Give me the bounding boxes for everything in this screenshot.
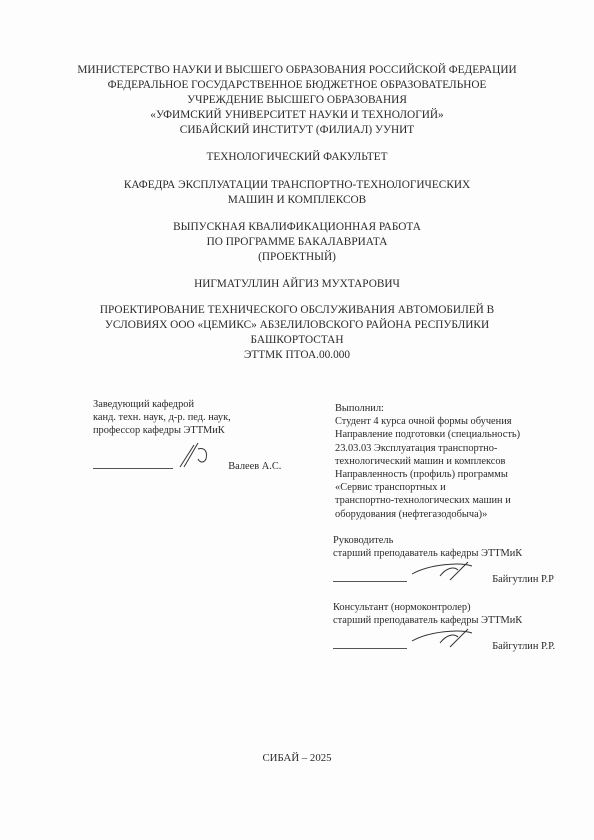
title-page: МИНИСТЕРСТВО НАУКИ И ВЫСШЕГО ОБРАЗОВАНИЯ… [0,0,594,840]
author: НИГМАТУЛЛИН АЙГИЗ МУХТАРОВИЧ [0,277,594,292]
author-name: НИГМАТУЛЛИН АЙГИЗ МУХТАРОВИЧ [0,277,594,292]
work-type-line: (ПРОЕКТНЫЙ) [0,250,594,265]
faculty-name: ТЕХНОЛОГИЧЕСКИЙ ФАКУЛЬТЕТ [0,150,594,165]
department-line: МАШИН И КОМПЛЕКСОВ [0,193,594,208]
work-type-line: ПО ПРОГРАММЕ БАКАЛАВРИАТА [0,235,594,250]
performed-by-line: «Сервис транспортных и [335,481,520,494]
faculty: ТЕХНОЛОГИЧЕСКИЙ ФАКУЛЬТЕТ [0,150,594,165]
hod-degree: канд. техн. наук, д-р. пед. наук, [93,411,281,424]
signature-icon [410,627,490,649]
work-type: ВЫПУСКНАЯ КВАЛИФИКАЦИОННАЯ РАБОТА ПО ПРО… [0,220,594,265]
header-line: ФЕДЕРАЛЬНОЕ ГОСУДАРСТВЕННОЕ БЮДЖЕТНОЕ ОБ… [0,78,594,93]
performed-by-line: оборудования (нефтегазодобыча)» [335,508,520,521]
header-line: СИБАЙСКИЙ ИНСТИТУТ (ФИЛИАЛ) УУНИТ [0,123,594,138]
consultant-position: старший преподаватель кафедры ЭТТМиК [333,614,555,627]
signature-line [333,638,407,649]
hod-name: Валеев А.С. [228,461,281,472]
consultant-signature-row: Байгутлин Р.Р. [333,627,555,653]
performed-by-label: Выполнил: [335,402,520,415]
performed-by-line: 23.03.03 Эксплуатация транспортно- [335,442,520,455]
performed-by-line: технологический машин и комплексов [335,455,520,468]
department: КАФЕДРА ЭКСПЛУАТАЦИИ ТРАНСПОРТНО-ТЕХНОЛО… [0,178,594,208]
consultant-name: Байгутлин Р.Р. [492,641,555,652]
supervisor-name: Байгутлин Р.Р [492,574,554,585]
signature-line [93,458,173,469]
signature-icon [176,441,226,469]
supervisor-signature-row: Байгутлин Р.Р [333,560,554,586]
header-line: «УФИМСКИЙ УНИВЕРСИТЕТ НАУКИ И ТЕХНОЛОГИЙ… [0,108,594,123]
department-line: КАФЕДРА ЭКСПЛУАТАЦИИ ТРАНСПОРТНО-ТЕХНОЛО… [0,178,594,193]
thesis-title: ПРОЕКТИРОВАНИЕ ТЕХНИЧЕСКОГО ОБСЛУЖИВАНИЯ… [0,303,594,363]
title-line: БАШКОРТОСТАН [0,333,594,348]
performed-by-block: Выполнил: Студент 4 курса очной формы об… [335,402,520,521]
title-line: ПРОЕКТИРОВАНИЕ ТЕХНИЧЕСКОГО ОБСЛУЖИВАНИЯ… [0,303,594,318]
performed-by-line: Студент 4 курса очной формы обучения [335,415,520,428]
signature-line [333,571,407,582]
header-line: УЧРЕЖДЕНИЕ ВЫСШЕГО ОБРАЗОВАНИЯ [0,93,594,108]
performed-by-line: транспортно-технологических машин и [335,494,520,507]
hod-role: Заведующий кафедрой [93,398,281,411]
consultant-role: Консультант (нормоконтролер) [333,601,555,614]
ministry-header: МИНИСТЕРСТВО НАУКИ И ВЫСШЕГО ОБРАЗОВАНИЯ… [0,63,594,138]
supervisor-position: старший преподаватель кафедры ЭТТМиК [333,547,554,560]
work-type-line: ВЫПУСКНАЯ КВАЛИФИКАЦИОННАЯ РАБОТА [0,220,594,235]
hod-position: профессор кафедры ЭТТМиК [93,424,281,437]
performed-by-line: Направленность (профиль) программы [335,468,520,481]
title-line: УСЛОВИЯХ ООО «ЦЕМИКС» АБЗЕЛИЛОВСКОГО РАЙ… [0,318,594,333]
supervisor-role: Руководитель [333,534,554,547]
document-code: ЭТТМК ПТОА.00.000 [0,348,594,363]
head-of-department-block: Заведующий кафедрой канд. техн. наук, д-… [93,398,281,473]
supervisor-block: Руководитель старший преподаватель кафед… [333,534,554,587]
signature-icon [410,560,490,582]
footer: СИБАЙ – 2025 [0,751,594,766]
city-year: СИБАЙ – 2025 [0,751,594,766]
hod-signature-row: Валеев А.С. [93,441,281,473]
consultant-block: Консультант (нормоконтролер) старший пре… [333,601,555,654]
performed-by-line: Направление подготовки (специальность) [335,428,520,441]
header-line: МИНИСТЕРСТВО НАУКИ И ВЫСШЕГО ОБРАЗОВАНИЯ… [0,63,594,78]
